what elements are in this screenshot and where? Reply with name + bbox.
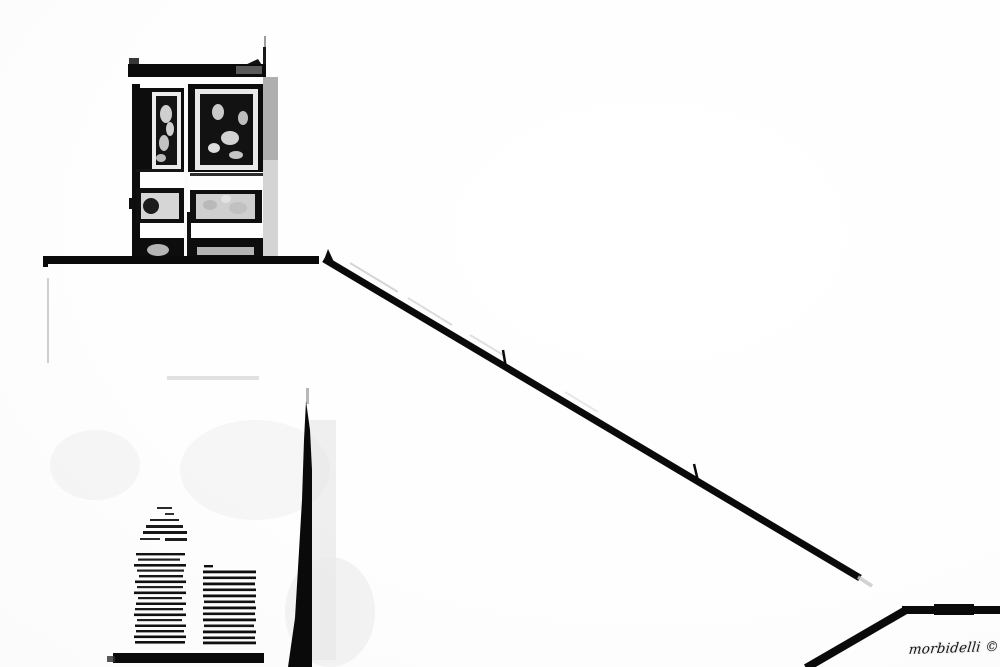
right-mid-texture <box>203 200 217 210</box>
left-louver-slat <box>138 559 180 561</box>
lower-roof-diagonal <box>806 610 906 667</box>
left-rail-top-edge <box>136 169 184 172</box>
right-bottom-blob <box>197 247 254 255</box>
left-louver-slat <box>137 570 184 572</box>
right-louver-slat <box>204 601 255 604</box>
left-glass-reflection <box>156 154 166 162</box>
left-louver-slat <box>137 586 183 588</box>
right-glass-reflection <box>221 131 239 145</box>
roof-diagonal <box>324 259 860 578</box>
left-louver-slat <box>135 641 185 644</box>
left-mid-blob <box>143 198 159 214</box>
shutter-fade-dash <box>165 513 174 515</box>
right-rail-top-edge <box>190 173 263 176</box>
shutter-fade-dash <box>140 538 160 540</box>
right-mid-texture <box>221 195 231 203</box>
left-louver-slat <box>135 625 186 628</box>
lintel-nub <box>129 58 139 65</box>
parapet-line <box>43 256 319 264</box>
left-louver-slat <box>134 636 186 639</box>
shutter-sill-bar-ext <box>107 656 115 662</box>
right-louver-slat <box>203 613 255 616</box>
shutter-fade-dash <box>157 507 172 509</box>
wall-edge-taper-top <box>306 388 309 404</box>
right-louver-slat <box>203 571 256 574</box>
right-louver-slat <box>203 577 256 580</box>
left-louver-slat <box>136 603 186 606</box>
left-louver-slat <box>134 564 186 567</box>
right-louver-slat <box>203 637 255 640</box>
right-louver-slat <box>203 589 256 592</box>
left-louver-slat <box>136 630 184 632</box>
wall-faint-line <box>47 278 49 363</box>
right-louver-slat <box>203 642 256 645</box>
corner-wash <box>50 430 140 500</box>
wall-smudge <box>167 376 259 380</box>
right-glass-reflection <box>208 143 220 153</box>
left-louver-slat <box>137 619 182 621</box>
right-louver-slat <box>203 595 256 598</box>
shutter-sill-bar <box>113 653 264 663</box>
left-louver-slat <box>135 581 186 584</box>
lower-roof-ridge-thick <box>934 604 974 615</box>
left-glass-reflection <box>166 122 174 136</box>
right-louver-slat <box>203 607 256 610</box>
left-glass-reflection <box>159 135 169 151</box>
right-louver-slat <box>203 631 256 634</box>
left-louver-slat <box>136 553 185 555</box>
right-glass-reflection <box>212 104 224 120</box>
shutter-fade-dash <box>165 538 187 541</box>
right-mid-texture <box>229 202 247 214</box>
lintel-sheen <box>236 66 262 74</box>
jamb-shade-bottom <box>263 160 278 258</box>
roof-diagonal-tail <box>858 577 872 586</box>
left-bottom-blob <box>147 244 169 256</box>
left-louver-slat <box>139 575 183 577</box>
artwork-canvas: morbidelli © <box>0 0 1000 667</box>
left-louver-slat <box>135 608 183 610</box>
scene-svg <box>0 0 1000 667</box>
left-louver-slat <box>134 614 186 617</box>
parapet-left-hook <box>43 256 48 267</box>
right-pane-glass <box>200 94 253 165</box>
left-glass-reflection <box>160 105 172 123</box>
left-louver-slat <box>134 592 186 595</box>
right-louver-slat <box>204 625 254 628</box>
shutter-fade-dash <box>146 525 183 528</box>
right-louver-slat <box>204 565 213 567</box>
right-glass-reflection <box>229 151 243 159</box>
right-glass-reflection <box>238 111 248 125</box>
jamb-shade-top <box>263 77 278 160</box>
shutter-fade-dash <box>143 531 187 534</box>
right-louver-slat <box>203 583 255 586</box>
artist-signature: morbidelli © <box>908 639 1000 658</box>
right-louver-slat <box>203 619 256 622</box>
shutter-fade-dash <box>150 519 179 521</box>
left-mid-nub <box>129 198 138 209</box>
left-louver-slat <box>138 597 182 599</box>
